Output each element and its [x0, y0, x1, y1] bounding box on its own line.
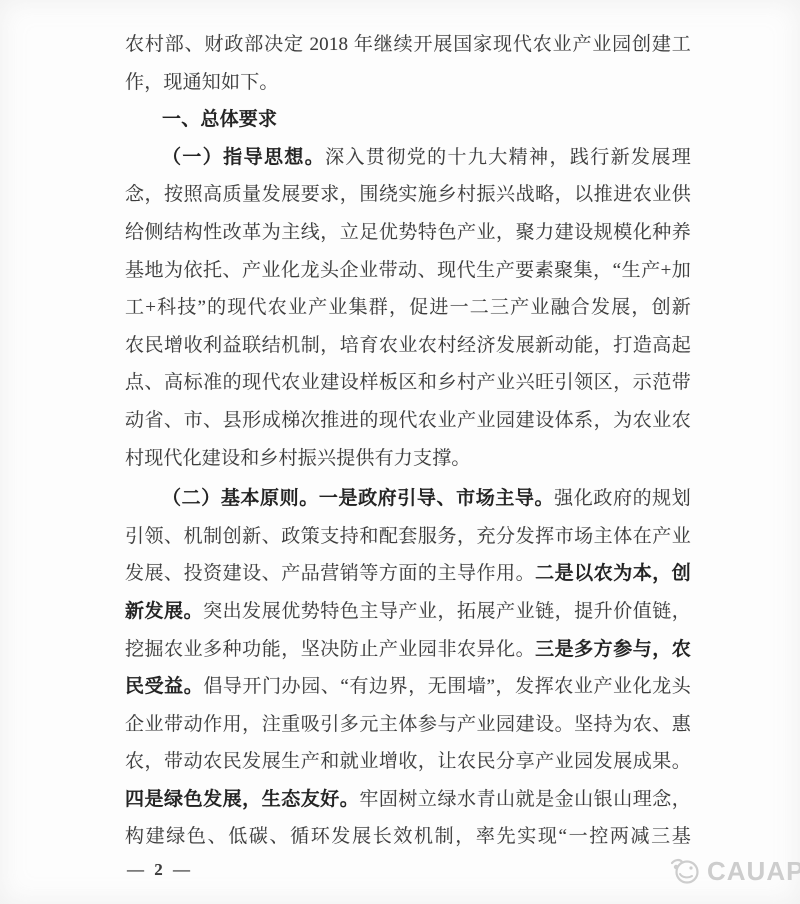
bold-text-segment: 二是以农为本，创: [535, 563, 691, 584]
text-line: 农，带动农民发展生产和就业增收，让农民分享产业园发展成果。: [125, 743, 691, 781]
text-segment: 农民增收利益联结机制，培育农业农村经济发展新动能，打造高起: [125, 335, 691, 356]
text-segment: 农，带动农民发展生产和就业增收，让农民分享产业园发展成果。: [125, 751, 691, 772]
text-line: 念，按照高质量发展要求，围绕实施乡村振兴战略，以推进农业供: [125, 176, 691, 214]
text-segment: 农村部、财政部决定 2018 年继续开展国家现代农业产业园创建工: [125, 34, 691, 55]
bold-text-segment: 一、总体要求: [162, 109, 277, 130]
text-segment: 深入贯彻党的十九大精神，践行新发展理: [325, 147, 691, 168]
text-line: 村现代化建设和乡村振兴提供有力支撑。: [125, 440, 691, 478]
text-line: 四是绿色发展，生态友好。牢固树立绿水青山就是金山银山理念，: [125, 781, 691, 819]
text-line: 基地为依托、产业化龙头企业带动、现代生产要素聚集，“生产+加: [125, 252, 691, 290]
section-heading: 一、总体要求: [125, 101, 691, 139]
text-segment: 工+科技”的现代农业产业集群，促进一二三产业融合发展，创新: [125, 297, 691, 318]
text-line: （一）指导思想。深入贯彻党的十九大精神，践行新发展理: [125, 139, 691, 177]
text-segment: 村现代化建设和乡村振兴提供有力支撑。: [125, 448, 471, 469]
text-line: 发展、投资建设、产品营销等方面的主导作用。二是以农为本，创: [125, 555, 691, 593]
bold-text-segment: （二）基本原则。一是政府引导、市场主导。: [162, 488, 554, 509]
text-line: 新发展。突出发展优势特色主导产业，拓展产业链，提升价值链，: [125, 593, 691, 631]
text-line: 农村部、财政部决定 2018 年继续开展国家现代农业产业园创建工: [125, 26, 691, 64]
text-segment: 动省、市、县形成梯次推进的现代农业产业园建设体系，为农业农: [125, 410, 691, 431]
text-segment: 引领、机制创新、政策支持和配套服务，充分发挥市场主体在产业: [125, 526, 691, 547]
text-segment: 企业带动作用，注重吸引多元主体参与产业园建设。坚持为农、惠: [125, 714, 691, 735]
text-segment: 念，按照高质量发展要求，围绕实施乡村振兴战略，以推进农业供: [125, 184, 691, 205]
text-line: 动省、市、县形成梯次推进的现代农业产业园建设体系，为农业农: [125, 402, 691, 440]
text-line: 作，现通知如下。: [125, 64, 691, 102]
text-line: 民受益。倡导开门办园、“有边界，无围墙”，发挥农业产业化龙头: [125, 668, 691, 706]
text-line: 企业带动作用，注重吸引多元主体参与产业园建设。坚持为农、惠: [125, 706, 691, 744]
text-segment: 给侧结构性改革为主线，立足优势特色产业，聚力建设规模化种养: [125, 222, 691, 243]
document-page: 农村部、财政部决定 2018 年继续开展国家现代农业产业园创建工作，现通知如下。…: [0, 0, 800, 904]
bold-text-segment: （一）指导思想。: [162, 147, 325, 168]
text-segment: 挖掘农业多种功能，坚决防止产业园非农异化。: [125, 639, 535, 660]
page-footer: — 2 — CAUAP: [0, 852, 800, 896]
text-line: 点、高标准的现代农业建设样板区和乡村产业兴旺引领区，示范带: [125, 364, 691, 402]
text-line: 工+科技”的现代农业产业集群，促进一二三产业融合发展，创新: [125, 289, 691, 327]
text-segment: 发展、投资建设、产品营销等方面的主导作用。: [125, 563, 535, 584]
text-line: 构建绿色、低碳、循环发展长效机制，率先实现“一控两减三基: [125, 818, 691, 856]
text-block: 农村部、财政部决定 2018 年继续开展国家现代农业产业园创建工作，现通知如下。…: [125, 26, 691, 856]
text-segment: 突出发展优势特色主导产业，拓展产业链，提升价值链，: [203, 601, 691, 622]
text-segment: 牢固树立绿水青山就是金山银山理念，: [359, 789, 691, 810]
bold-text-segment: 四是绿色发展，生态友好。: [125, 789, 359, 810]
bold-text-segment: 新发展。: [125, 601, 203, 622]
bold-text-segment: 民受益。: [125, 676, 203, 697]
text-line: 引领、机制创新、政策支持和配套服务，充分发挥市场主体在产业: [125, 518, 691, 556]
watermark-text: CAUAP: [707, 856, 800, 887]
watermark: CAUAP: [668, 854, 800, 888]
text-segment: 强化政府的规划: [554, 488, 691, 509]
text-segment: 点、高标准的现代农业建设样板区和乡村产业兴旺引领区，示范带: [125, 372, 691, 393]
text-segment: 基地为依托、产业化龙头企业带动、现代生产要素聚集，“生产+加: [125, 260, 691, 281]
text-line: 挖掘农业多种功能，坚决防止产业园非农异化。三是多方参与，农: [125, 631, 691, 669]
text-line: （二）基本原则。一是政府引导、市场主导。强化政府的规划: [125, 480, 691, 518]
text-segment: 倡导开门办园、“有边界，无围墙”，发挥农业产业化龙头: [203, 676, 691, 697]
bold-text-segment: 三是多方参与，农: [535, 639, 691, 660]
cauap-logo-icon: [668, 854, 702, 888]
text-line: 农民增收利益联结机制，培育农业农村经济发展新动能，打造高起: [125, 327, 691, 365]
text-line: 给侧结构性改革为主线，立足优势特色产业，聚力建设规模化种养: [125, 214, 691, 252]
text-segment: 构建绿色、低碳、循环发展长效机制，率先实现“一控两减三基: [125, 826, 691, 847]
text-segment: 作，现通知如下。: [125, 72, 279, 93]
page-number: — 2 —: [127, 860, 193, 880]
